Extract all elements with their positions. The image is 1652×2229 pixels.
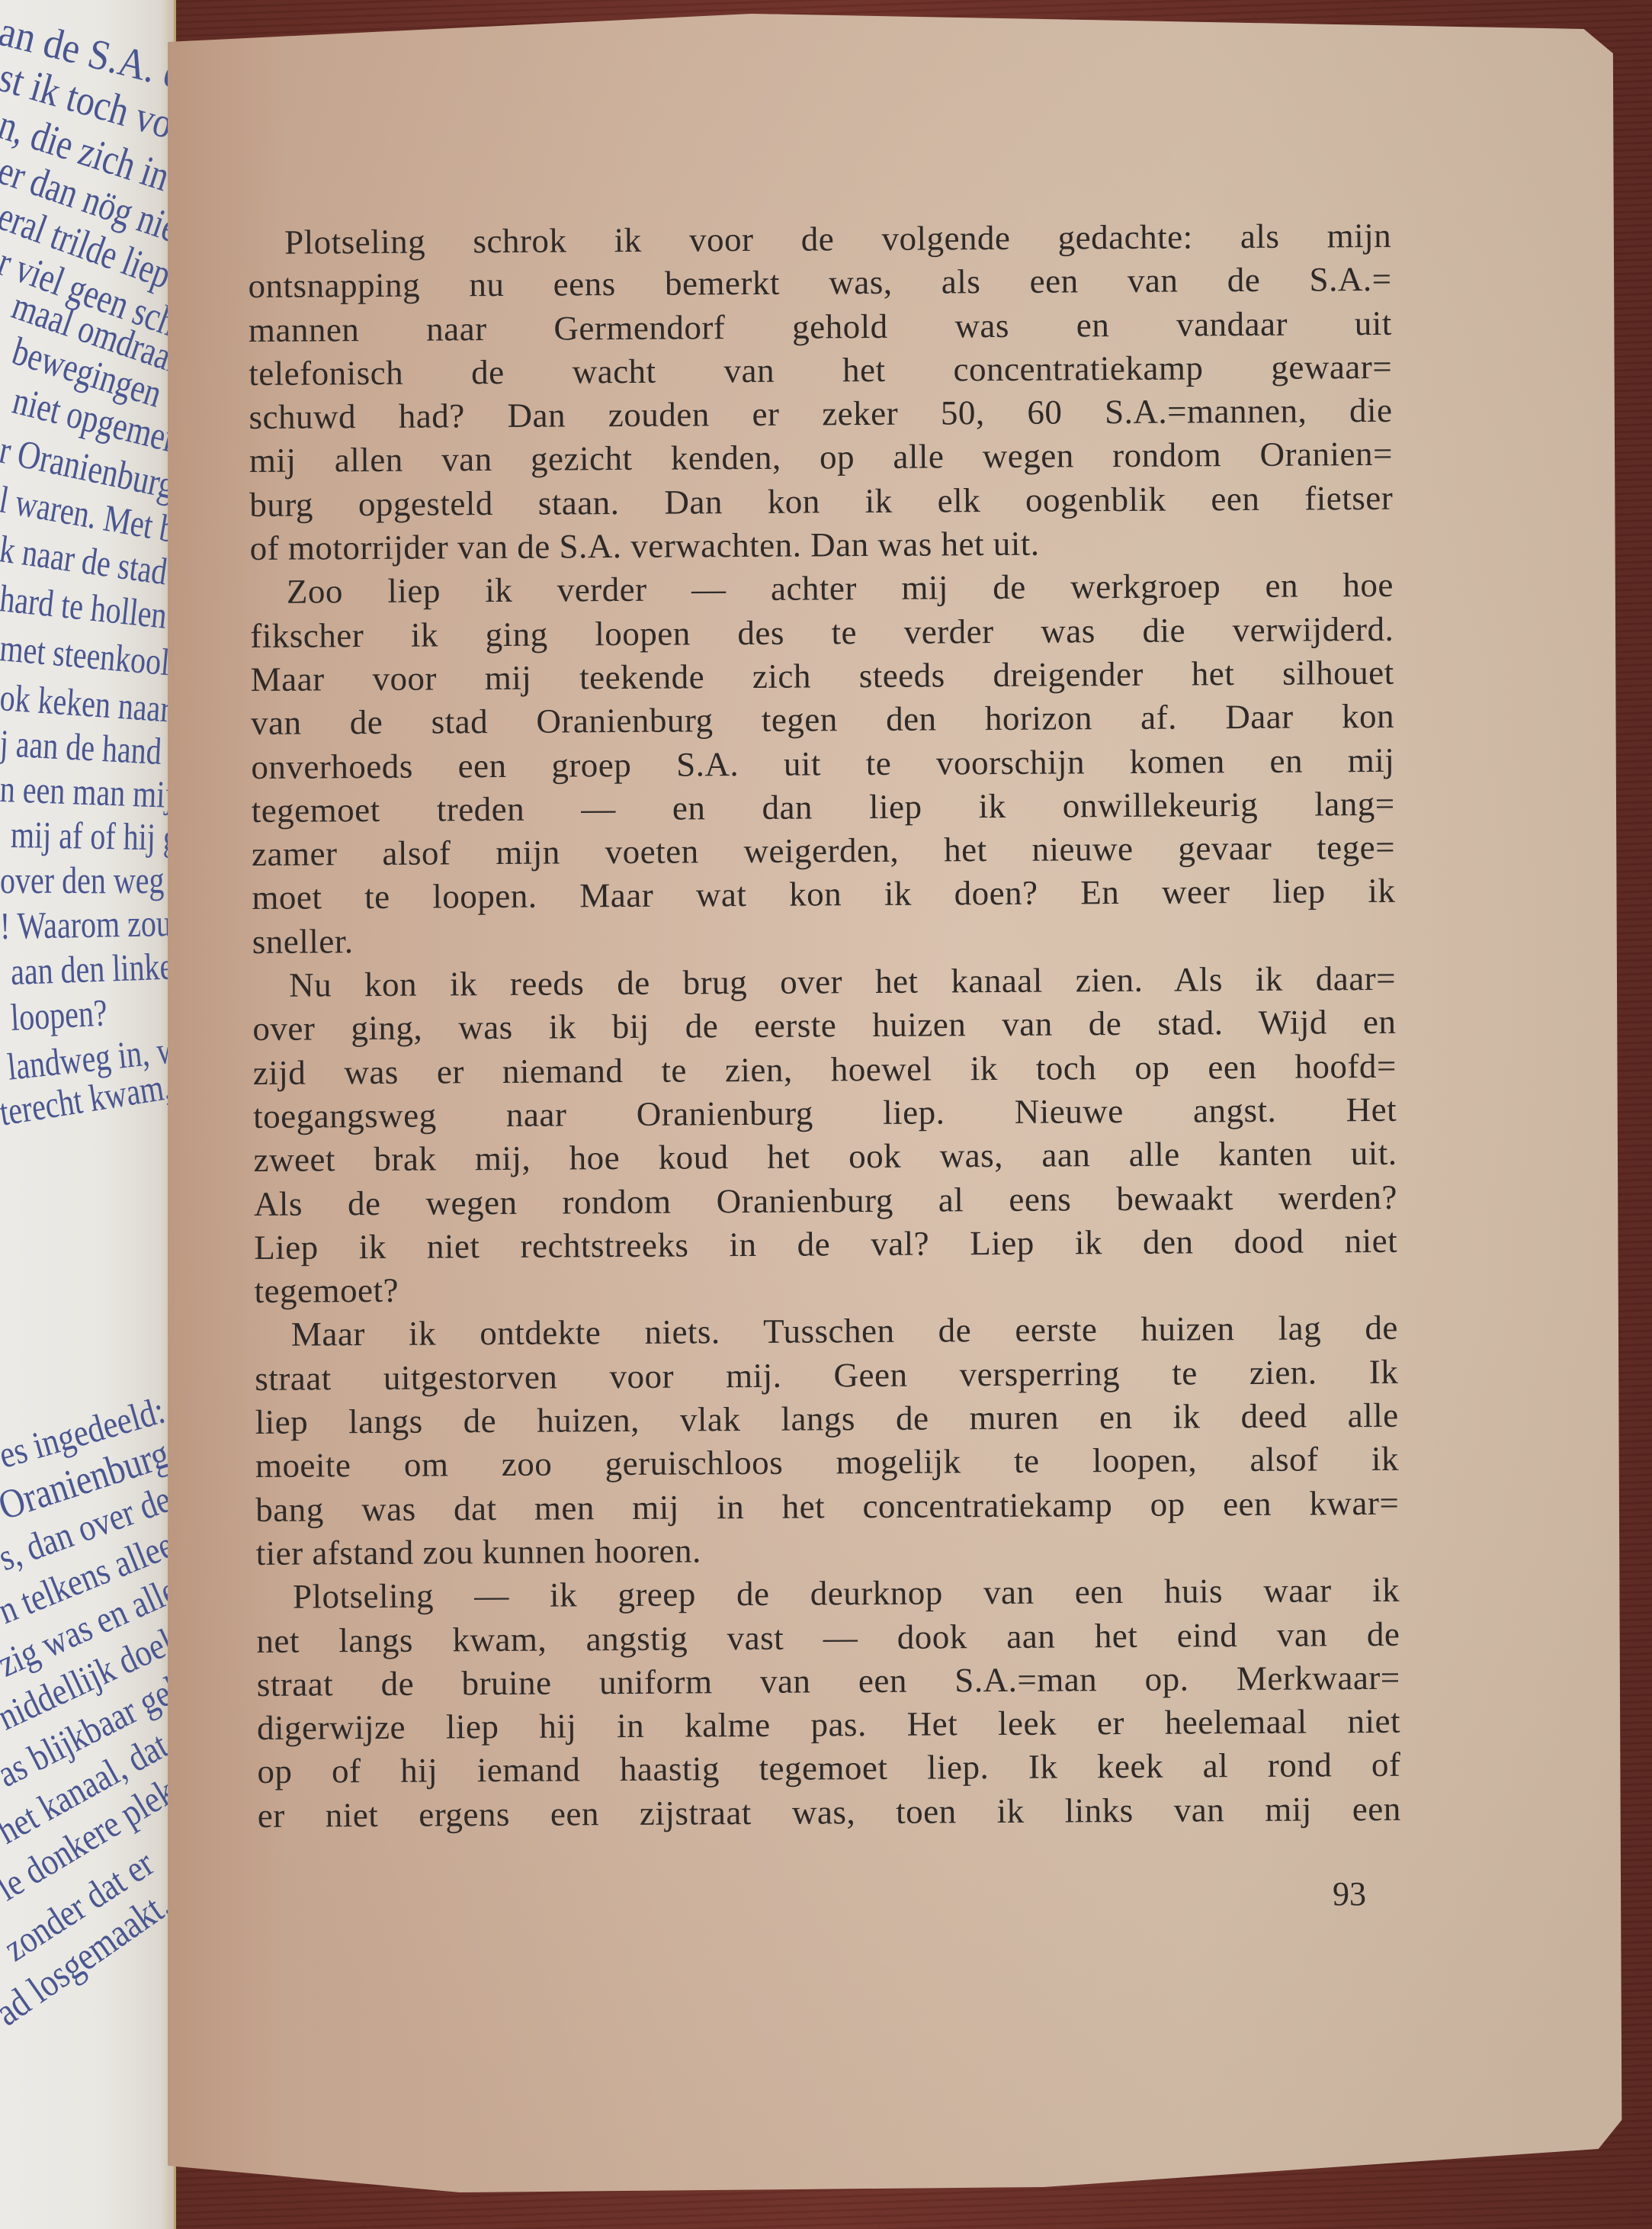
text-line: Maar ik ontdekte niets. Tusschen de eers… bbox=[255, 1306, 1398, 1357]
text-line: ontsnapping nu eens bemerkt was, als een… bbox=[248, 258, 1391, 308]
text-line: zijd was er niemand te zien, hoewel ik t… bbox=[253, 1044, 1397, 1094]
text-line: telefonisch de wacht van het concentrati… bbox=[249, 345, 1392, 396]
text-line: straat uitgestorven voor mij. Geen versp… bbox=[255, 1351, 1398, 1401]
text-line: Maar voor mij teekende zich steeds dreig… bbox=[251, 651, 1394, 702]
left-page-line: over den weg lie bbox=[0, 858, 176, 902]
text-line: fikscher ik ging loopen des te verder wa… bbox=[250, 607, 1394, 657]
page-number: 93 bbox=[1333, 1874, 1366, 1913]
text-line: Als de wegen rondom Oranienburg al eens … bbox=[254, 1175, 1397, 1225]
left-page-fragment: an de S.A. en de st ik toch voor de n, d… bbox=[0, 0, 176, 2229]
text-line: tegemoet treden — en dan liep ik onwille… bbox=[252, 782, 1395, 833]
text-line: Nu kon ik reeds de brug over het kanaal … bbox=[252, 957, 1396, 1007]
text-line: zweet brak mij, hoe koud het ook was, aa… bbox=[253, 1132, 1397, 1182]
text-line: van de stad Oranienburg tegen den horizo… bbox=[251, 695, 1394, 745]
text-line: toegangsweg naar Oranienburg liep. Nieuw… bbox=[253, 1088, 1397, 1139]
text-line: tegemoet? bbox=[254, 1263, 1397, 1313]
text-line: straat de bruine uniform van een S.A.=ma… bbox=[257, 1656, 1400, 1707]
text-line: moeite om zoo geruischloos mogelijk te l… bbox=[255, 1437, 1399, 1488]
left-page-line: loopen? bbox=[9, 990, 107, 1039]
text-line: Zoo liep ik verder — achter mij de werkg… bbox=[250, 564, 1394, 614]
text-line: burg opgesteld staan. Dan kon ik elk oog… bbox=[249, 477, 1393, 527]
text-line: Plotseling schrok ik voor de volgende ge… bbox=[248, 214, 1391, 265]
text-line: net langs kwam, angstig vast — dook aan … bbox=[256, 1612, 1400, 1662]
left-page-line: ! Waarom zou e bbox=[0, 901, 176, 948]
text-line: schuwd had? Dan zouden er zeker 50, 60 S… bbox=[249, 389, 1392, 439]
text-line: Liep ik niet rechtstreeks in de val? Lie… bbox=[254, 1219, 1397, 1270]
left-page-line: aan den linkerk bbox=[10, 943, 176, 994]
left-page-line: mij af of hij ging bbox=[10, 812, 176, 860]
text-line: sneller. bbox=[252, 914, 1396, 964]
left-page-line: n een man mij te bbox=[0, 766, 176, 817]
text-line: op of hij iemand haastig tegemoet liep. … bbox=[257, 1743, 1400, 1794]
page-body-text: Plotseling schrok ik voor de volgende ge… bbox=[248, 214, 1401, 1838]
text-line: mannen naar Germendorf gehold was en van… bbox=[249, 301, 1392, 352]
text-line: tier afstand zou kunnen hooren. bbox=[256, 1525, 1400, 1575]
text-line: liep langs de huizen, vlak langs de mure… bbox=[255, 1394, 1398, 1444]
text-line: Plotseling — ik greep de deurknop van ee… bbox=[256, 1569, 1400, 1619]
text-line: of motorrijder van de S.A. verwachten. D… bbox=[249, 520, 1393, 570]
text-line: onverhoeds een groep S.A. uit te voorsch… bbox=[251, 738, 1394, 789]
text-line: mij allen van gezicht kenden, op alle we… bbox=[249, 432, 1393, 483]
text-line: zamer alsof mijn voeten weigerden, het n… bbox=[252, 826, 1395, 876]
text-line: digerwijze liep hij in kalme pas. Het le… bbox=[257, 1700, 1400, 1750]
text-line: bang was dat men mij in het concentratie… bbox=[255, 1481, 1399, 1531]
text-line: over ging, was ik bij de eerste huizen v… bbox=[252, 1000, 1396, 1051]
text-line: er niet ergens een zijstraat was, toen i… bbox=[258, 1787, 1401, 1837]
text-line: moet te loopen. Maar wat kon ik doen? En… bbox=[252, 869, 1395, 920]
